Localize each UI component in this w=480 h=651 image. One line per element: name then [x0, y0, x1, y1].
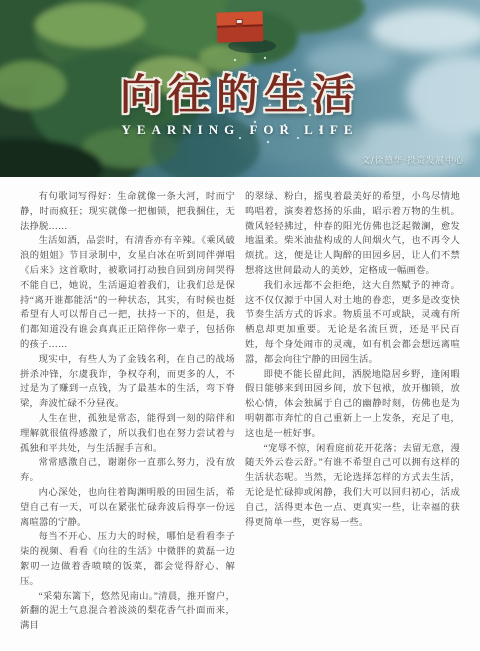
paragraph: “宠辱不惊，闲看庭前花开花落；去留无意，漫随天外云卷云舒。”有谁不希望自己可以拥…	[245, 442, 460, 531]
right-column: 的翠绿、粉白，摇曳着最美好的希望，小鸟尽情地鸣唱着，演奏着悠扬的乐曲，昭示着万物…	[245, 190, 460, 634]
article-body: 有句歌词写得好：生命就像一条大河，时而宁静，时而疯狂；现实就像一把枷锁，把我捆住…	[0, 177, 480, 634]
paragraph: 内心深处，也向往着陶渊明般的田园生活，希望自己有一天，可以在紧张忙碌奔波后得享一…	[20, 486, 235, 530]
paragraph: 常常感激自己，谢谢你一直那么努力，没有放弃。	[20, 456, 235, 486]
paragraph-continuation: 的翠绿、粉白，摇曳着最美好的希望，小鸟尽情地鸣唱着，演奏着悠扬的乐曲，昭示着万物…	[245, 190, 460, 279]
magazine-page: 向往的生活 YEARNING FOR LIFE 文/徐德华·投资发展中心 有句歌…	[0, 0, 480, 651]
article-byline: 文/徐德华·投资发展中心	[361, 154, 464, 166]
paragraph: 现实中，有些人为了金钱名利，在自己的战场拼杀冲锋，尔虞我诈，争权夺利，而更多的人…	[20, 353, 235, 412]
left-column: 有句歌词写得好：生命就像一条大河，时而宁静，时而疯狂；现实就像一把枷锁，把我捆住…	[20, 190, 235, 634]
hero-photo: 向往的生活 YEARNING FOR LIFE 文/徐德华·投资发展中心	[0, 0, 480, 177]
paragraph: 即使不能长留此间，洒脱地隐居乡野，逢闲暇假日能够来到田园乡间，放下包袱，放开枷锁…	[245, 368, 460, 442]
paragraph: 有句歌词写得好：生命就像一条大河，时而宁静，时而疯狂；现实就像一把枷锁，把我捆住…	[20, 190, 235, 234]
article-subtitle: YEARNING FOR LIFE	[0, 122, 480, 138]
paragraph: 生活如酒，品尝时，有清香亦有辛辣。《乘风破浪的姐姐》节目录制中，女星白冰在听到同…	[20, 234, 235, 352]
paragraph: 每当不开心、压力大的时候，哪怕是看看李子柒的视频、看看《向往的生活》中微胖的黄磊…	[20, 530, 235, 589]
article-title: 向往的生活	[0, 62, 480, 122]
paragraph: “采菊东篱下，悠然见南山。”清晨，推开窗户，新翻的泥土气息混合着淡淡的梨花香气扑…	[20, 590, 235, 634]
paragraph: 人生在世，孤独是常态，能得到一刻的陪伴和理解就很值得感激了，所以我们也在努力尝试…	[20, 412, 235, 456]
paragraph: 我们永远都不会拒绝，这大自然赋予的神奇。这不仅仅源于中国人对土地的眷恋，更多是改…	[245, 279, 460, 368]
